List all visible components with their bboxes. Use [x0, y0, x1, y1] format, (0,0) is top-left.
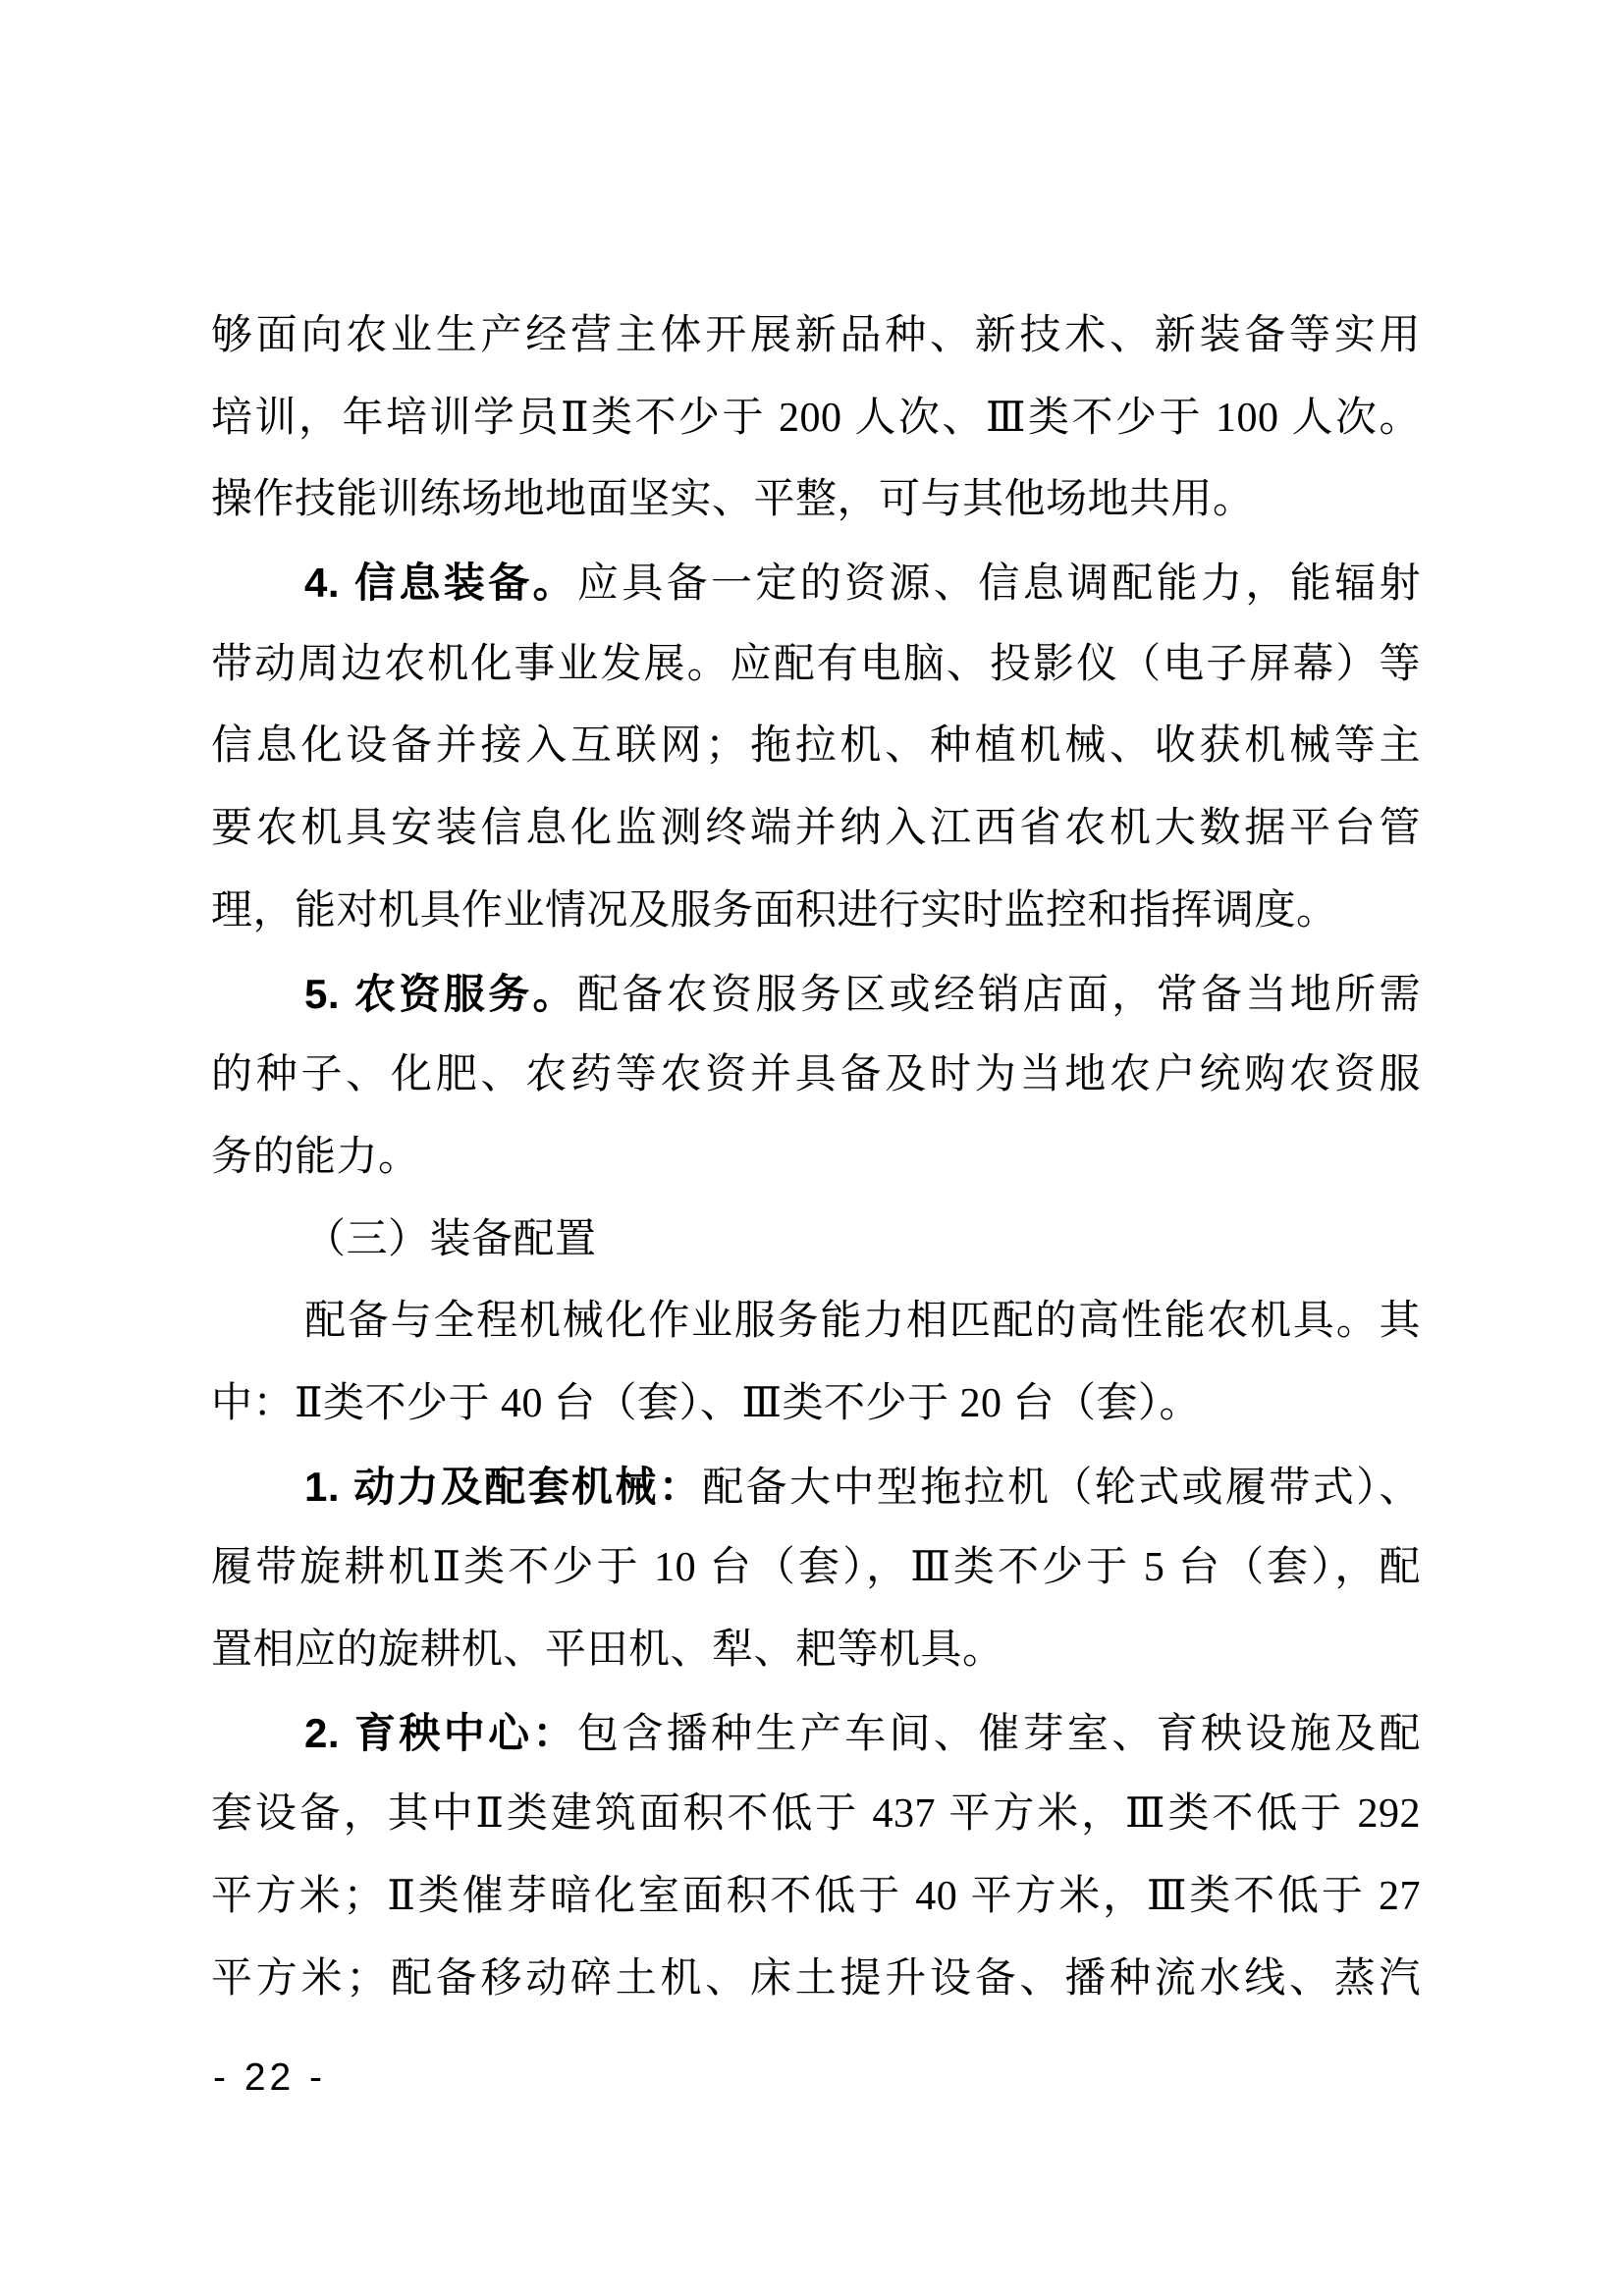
text-line: （三）装备配置 [211, 1200, 1421, 1282]
text-segment: 操作技能训练场地地面坚实、平整，可与其他场地共用。 [211, 477, 1255, 522]
text-segment: 够面向农业生产经营主体开展新品种、新技术、新装备等实用 [211, 313, 1421, 358]
document-page: 够面向农业生产经营主体开展新品种、新技术、新装备等实用培训，年培训学员Ⅱ类不少于… [0, 0, 1624, 2296]
text-line: 平方米；Ⅱ类催芽暗化室面积不低于 40 平方米，Ⅲ类不低于 27 [211, 1856, 1421, 1939]
text-line: 务的能力。 [211, 1117, 1421, 1200]
text-line: 平方米；配备移动碎土机、床土提升设备、播种流水线、蒸汽 [211, 1939, 1421, 2021]
text-segment: 理，能对机具作业情况及服务面积进行实时监控和指挥调度。 [211, 888, 1338, 934]
text-segment: 平方米；配备移动碎土机、床土提升设备、播种流水线、蒸汽 [211, 1956, 1421, 2002]
text-line: 置相应的旋耕机、平田机、犁、耙等机具。 [211, 1610, 1421, 1692]
text-segment: 配备大中型拖拉机（轮式或履带式）、 [702, 1466, 1421, 1511]
text-line: 要农机具安装信息化监测终端并纳入江西省农机大数据平台管 [211, 788, 1421, 871]
bold-text-segment: 5. 农资服务。 [304, 971, 577, 1017]
text-line: 4. 信息装备。应具备一定的资源、信息调配能力，能辐射 [211, 542, 1421, 624]
text-segment: 要农机具安装信息化监测终端并纳入江西省农机大数据平台管 [211, 806, 1421, 851]
text-line: 理，能对机具作业情况及服务面积进行实时监控和指挥调度。 [211, 871, 1421, 953]
text-line: 够面向农业生产经营主体开展新品种、新技术、新装备等实用 [211, 295, 1421, 378]
text-segment: 配备与全程机械化作业服务能力相匹配的高性能农机具。其 [304, 1299, 1421, 1344]
bold-text-segment: 1. 动力及配套机械： [304, 1464, 702, 1510]
document-body: 够面向农业生产经营主体开展新品种、新技术、新装备等实用培训，年培训学员Ⅱ类不少于… [211, 295, 1421, 2020]
text-line: 2. 育秧中心：包含播种生产车间、催芽室、育秧设施及配 [211, 1692, 1421, 1775]
text-line: 套设备，其中Ⅱ类建筑面积不低于 437 平方米，Ⅲ类不低于 292 [211, 1774, 1421, 1856]
text-segment: 履带旋耕机Ⅱ类不少于 10 台（套），Ⅲ类不少于 5 台（套），配 [211, 1545, 1421, 1590]
text-segment: 套设备，其中Ⅱ类建筑面积不低于 437 平方米，Ⅲ类不低于 292 [211, 1791, 1421, 1837]
text-segment: 的种子、化肥、农药等农资并具备及时为当地农户统购农资服 [211, 1052, 1421, 1097]
text-line: 5. 农资服务。配备农资服务区或经销店面，常备当地所需 [211, 953, 1421, 1036]
text-segment: 置相应的旋耕机、平田机、犁、耙等机具。 [211, 1628, 1004, 1673]
text-line: 履带旋耕机Ⅱ类不少于 10 台（套），Ⅲ类不少于 5 台（套），配 [211, 1527, 1421, 1610]
text-segment: 培训，年培训学员Ⅱ类不少于 200 人次、Ⅲ类不少于 100 人次。 [211, 396, 1421, 441]
text-line: 的种子、化肥、农药等农资并具备及时为当地农户统购农资服 [211, 1035, 1421, 1117]
text-line: 带动周边农机化事业发展。应配有电脑、投影仪（电子屏幕）等 [211, 624, 1421, 707]
text-line: 培训，年培训学员Ⅱ类不少于 200 人次、Ⅲ类不少于 100 人次。 [211, 378, 1421, 460]
text-line: 信息化设备并接入互联网；拖拉机、种植机械、收获机械等主 [211, 706, 1421, 788]
text-line: 配备与全程机械化作业服务能力相匹配的高性能农机具。其 [211, 1281, 1421, 1363]
page-number: - 22 - [213, 2056, 326, 2099]
text-segment: 务的能力。 [211, 1135, 420, 1180]
text-line: 中：Ⅱ类不少于 40 台（套）、Ⅲ类不少于 20 台（套）。 [211, 1363, 1421, 1446]
text-segment: 配备农资服务区或经销店面，常备当地所需 [577, 973, 1421, 1018]
text-segment: 带动周边农机化事业发展。应配有电脑、投影仪（电子屏幕）等 [211, 642, 1421, 687]
page-footer: - 22 - [213, 2058, 326, 2098]
bold-text-segment: 4. 信息装备。 [304, 560, 577, 606]
text-segment: 中：Ⅱ类不少于 40 台（套）、Ⅲ类不少于 20 台（套）。 [211, 1381, 1201, 1426]
text-segment: 包含播种生产车间、催芽室、育秧设施及配 [577, 1712, 1421, 1757]
text-line: 1. 动力及配套机械：配备大中型拖拉机（轮式或履带式）、 [211, 1446, 1421, 1528]
text-segment: 应具备一定的资源、信息调配能力，能辐射 [577, 561, 1421, 607]
bold-text-segment: 2. 育秧中心： [304, 1710, 577, 1756]
text-line: 操作技能训练场地地面坚实、平整，可与其他场地共用。 [211, 459, 1421, 542]
text-segment: 信息化设备并接入互联网；拖拉机、种植机械、收获机械等主 [211, 723, 1421, 769]
text-segment: 平方米；Ⅱ类催芽暗化室面积不低于 40 平方米，Ⅲ类不低于 27 [211, 1874, 1421, 1919]
text-segment: （三）装备配置 [304, 1217, 597, 1262]
